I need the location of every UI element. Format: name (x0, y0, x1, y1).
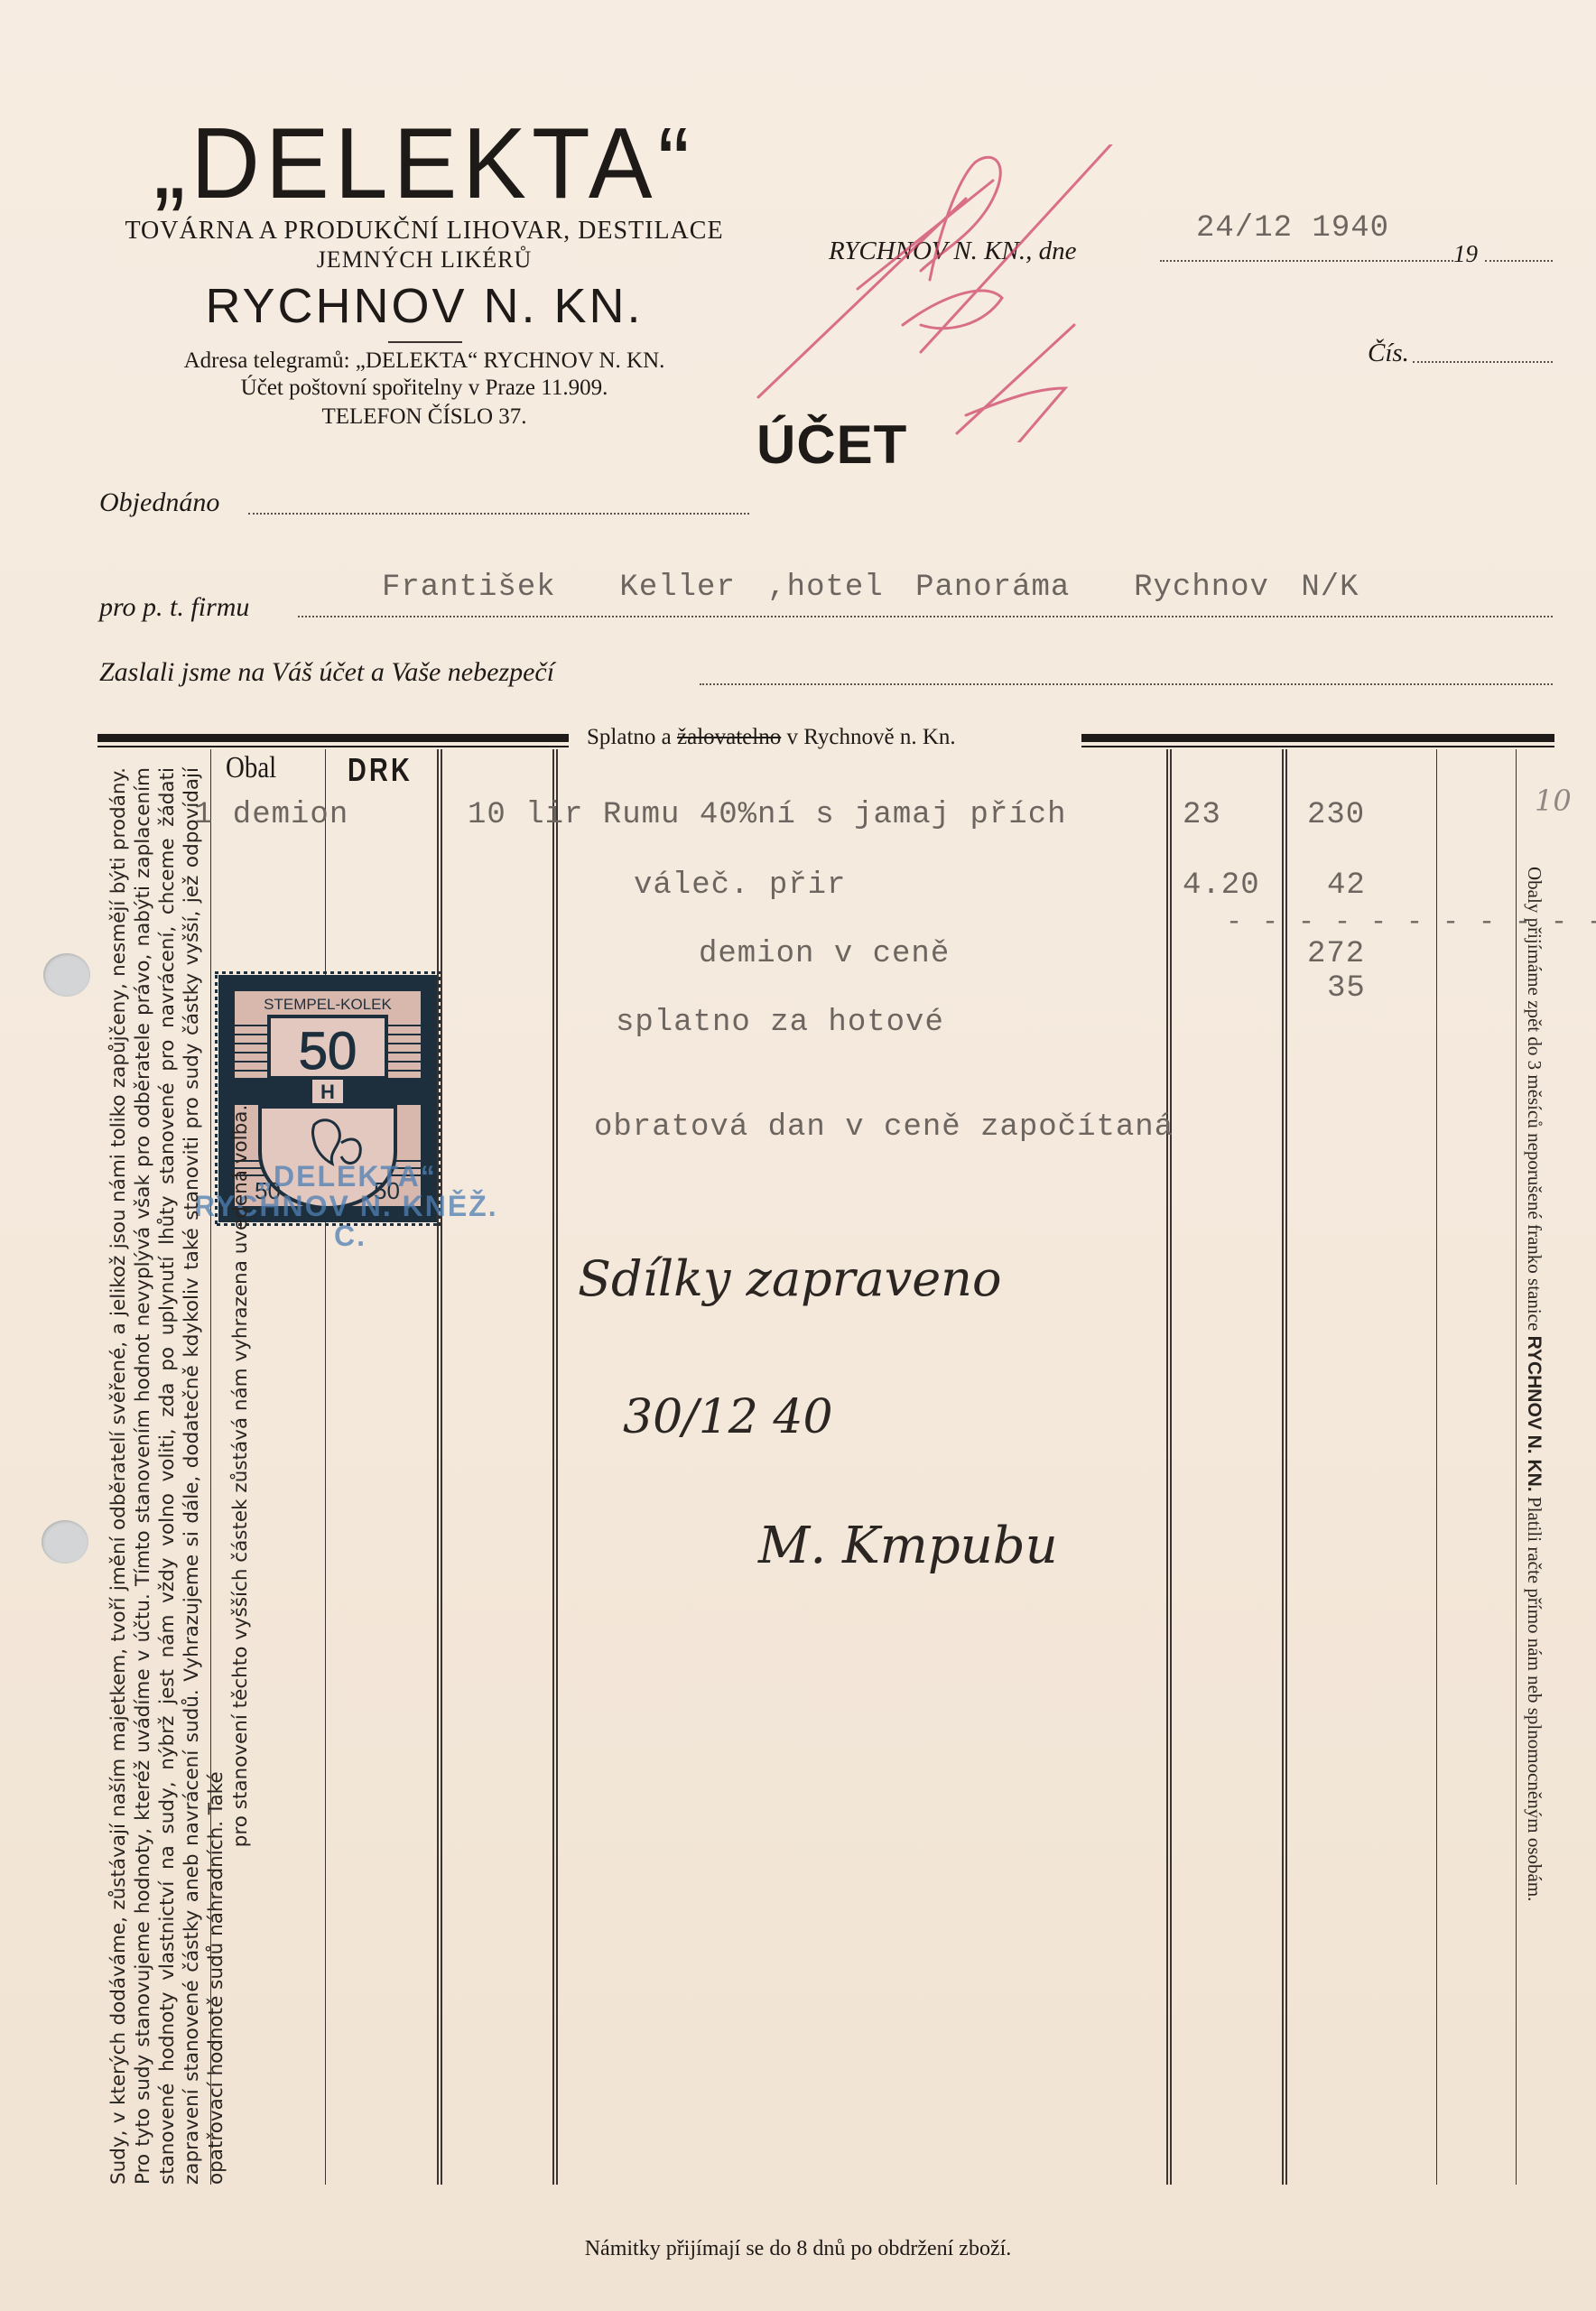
footer-note: Námitky přijímají se do 8 dnů po obdržen… (0, 2237, 1596, 2261)
column-divider (1516, 749, 1517, 2185)
company-city: RYCHNOV N. KN. (95, 278, 754, 334)
ordered-label: Objednáno (99, 487, 219, 518)
postal-account: Účet poštovní spořitelny v Praze 11.909. (95, 376, 754, 401)
row-description: váleč. přir (634, 868, 846, 903)
company-name: „DELEKTA“ (95, 113, 754, 213)
rubber-stamp-line: „DELEKTA“ (257, 1160, 498, 1193)
shipped-label: Zaslali jsme na Váš účet a Vaše nebezpeč… (99, 657, 554, 688)
table-header-bar (97, 734, 569, 742)
punch-hole (43, 953, 90, 997)
date-value: 24/12 1940 (1196, 211, 1389, 246)
firm-label: pro p. t. firmu (99, 592, 249, 623)
column-divider (1282, 749, 1287, 2185)
year-field (1485, 260, 1553, 262)
column-divider (1166, 749, 1172, 2185)
shipped-field (700, 683, 1553, 685)
company-tagline: TOVÁRNA A PRODUKČNÍ LIHOVAR, DESTILACE (95, 217, 754, 246)
terms-text: Sudy, v kterých dodáváme, zůstávají naší… (107, 767, 228, 2185)
row-description: demion v ceně (699, 937, 950, 971)
rubber-stamp-line: C. (334, 1220, 498, 1253)
terms-text: Obaly přijímáme zpět do 3 měsíců neporuš… (1524, 867, 1545, 1336)
letterhead-rule (388, 341, 462, 343)
ordered-field (248, 513, 749, 515)
invoice-document: „DELEKTA“ TOVÁRNA A PRODUKČNÍ LIHOVAR, D… (0, 0, 1596, 2311)
row-unit-price: 4.20 (1183, 868, 1260, 903)
date-field (1160, 260, 1453, 262)
payable-struck-text: žalovatelno (677, 725, 781, 749)
payable-text: Splatno a (587, 725, 677, 749)
handwritten-note: Sdílky zapraveno (578, 1250, 1001, 1307)
number-label: Čís. (1368, 339, 1409, 368)
stamp-value: 50 (299, 1022, 357, 1081)
terms-text: pro stanovení těchto vyšších částek zůst… (228, 767, 253, 2185)
row-amount: 42 (1327, 868, 1366, 903)
payable-text: v Rychnově n. Kn. (781, 725, 955, 749)
firm-value: František Keller ,hotel Panoráma Rychnov… (382, 571, 1359, 605)
payable-note: Splatno a žalovatelno v Rychnově n. Kn. (587, 725, 956, 750)
telephone-number: TELEFON ČÍSLO 37. (95, 404, 754, 430)
punch-hole (42, 1520, 88, 1564)
column-header-drk: DRK (348, 751, 413, 789)
right-margin-terms: Obaly přijímáme zpět do 3 měsíců neporuš… (1523, 867, 1545, 1901)
row-amount: 230 (1307, 798, 1365, 832)
terms-text: Platili račte přímo nám neb splnomocněný… (1524, 1492, 1545, 1902)
telegram-address: Adresa telegramů: „DELEKTA“ RYCHNOV N. K… (95, 348, 754, 374)
handwritten-date: 30/12 40 (623, 1390, 833, 1444)
table-header-bar (1081, 746, 1554, 747)
firm-field (298, 616, 1553, 617)
table-header-bar (97, 746, 569, 747)
row-amount: 272 (1307, 937, 1365, 971)
red-pencil-mark-icon (740, 144, 1155, 442)
column-divider (552, 749, 558, 2185)
row-amount: 35 (1327, 971, 1366, 1006)
handwritten-signature: M. Kmpubu (758, 1517, 1058, 1575)
row-description: 10 lir Rumu 40%ní s jamaj přích (468, 798, 1067, 832)
column-divider (325, 749, 326, 2185)
table-header-bar (1081, 734, 1554, 742)
number-field (1413, 361, 1553, 363)
terms-text-bold: RYCHNOV N. KN. (1524, 1336, 1545, 1492)
row-unit-price: 23 (1183, 798, 1221, 832)
pencil-margin-note: 10 (1535, 784, 1572, 818)
stamp-unit: H (320, 1081, 335, 1103)
stamp-label: STEMPEL-KOLEK (264, 996, 392, 1013)
row-description: obratová dan v ceně započítaná (594, 1110, 1174, 1145)
left-margin-terms: Sudy, v kterých dodáváme, zůstávají naší… (107, 767, 253, 2185)
column-divider (1436, 749, 1437, 2185)
column-divider (437, 749, 442, 2185)
year-prefix: 19 (1453, 240, 1478, 268)
row-description: splatno za hotové (616, 1006, 944, 1040)
company-tagline: JEMNÝCH LIKÉRŮ (95, 246, 754, 274)
